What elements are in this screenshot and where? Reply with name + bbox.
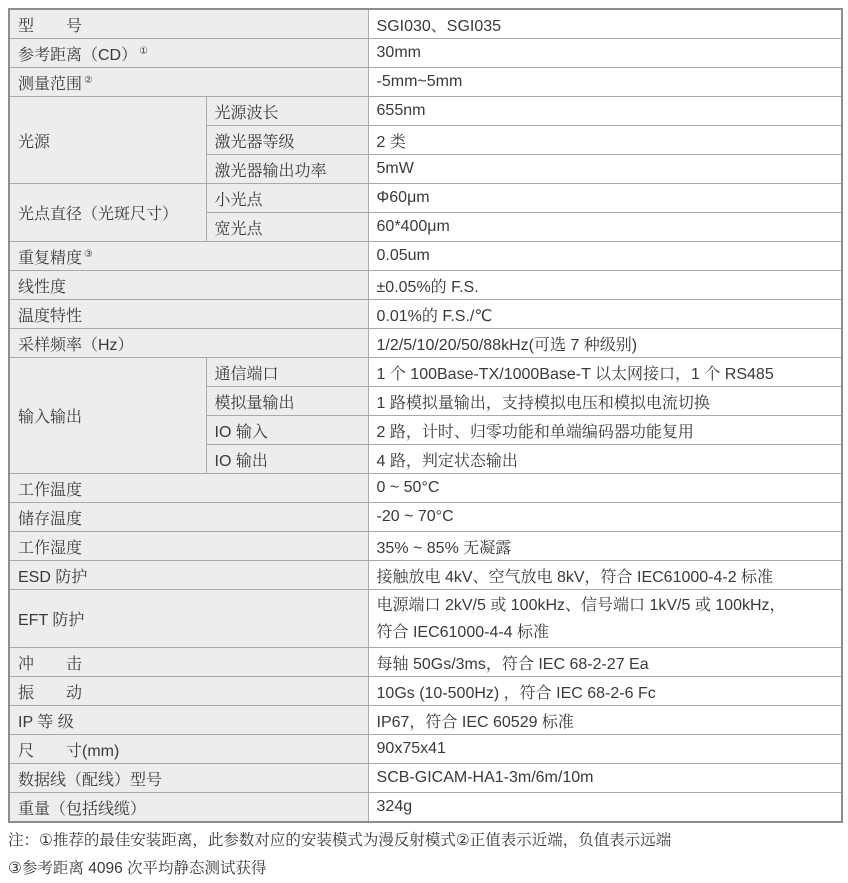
- spec-row: 数据线（配线）型号SCB-GICAM-HA1-3m/6m/10m: [9, 764, 842, 793]
- spec-label-text: 数据线（配线）型号: [18, 772, 162, 789]
- spec-label-text: 测量范围: [18, 76, 82, 93]
- spec-sublabel: 激光器等级: [206, 126, 368, 155]
- spec-value: 324g: [368, 793, 842, 823]
- spec-value: 0.05um: [368, 242, 842, 271]
- spec-label-cell: 冲 击: [9, 648, 368, 677]
- spec-label-cell: 线性度: [9, 271, 368, 300]
- spec-label-cell: 参考距离（CD）①: [9, 39, 368, 68]
- spec-value: 655nm: [368, 97, 842, 126]
- spec-row: 输入输出通信端口1 个 100Base-TX/1000Base-T 以太网接口，…: [9, 358, 842, 387]
- spec-label-cell: 储存温度: [9, 503, 368, 532]
- spec-sublabel: 模拟量输出: [206, 387, 368, 416]
- spec-sublabel: IO 输入: [206, 416, 368, 445]
- spec-value: 接触放电 4kV、空气放电 8kV，符合 IEC61000-4-2 标准: [368, 561, 842, 590]
- spec-label-cell: 振 动: [9, 677, 368, 706]
- spec-row: 储存温度-20 ~ 70°C: [9, 503, 842, 532]
- spec-value-line: 符合 IEC61000-4-4 标准: [377, 619, 834, 646]
- spec-label-text: EFT 防护: [18, 612, 84, 629]
- spec-row: 采样频率（Hz）1/2/5/10/20/50/88kHz(可选 7 种级别): [9, 329, 842, 358]
- spec-value: 1 路模拟量输出，支持模拟电压和模拟电流切换: [368, 387, 842, 416]
- spec-value: Φ60μm: [368, 184, 842, 213]
- spec-row: 光点直径（光斑尺寸）小光点Φ60μm: [9, 184, 842, 213]
- spec-row: EFT 防护电源端口 2kV/5 或 100kHz、信号端口 1kV/5 或 1…: [9, 590, 842, 648]
- spec-group-label: 输入输出: [9, 358, 206, 474]
- spec-group-label: 光源: [9, 97, 206, 184]
- footnote-marker: ③: [84, 249, 93, 260]
- spec-row: ESD 防护接触放电 4kV、空气放电 8kV，符合 IEC61000-4-2 …: [9, 561, 842, 590]
- spec-value: 4 路，判定状态输出: [368, 445, 842, 474]
- spec-value: 1 个 100Base-TX/1000Base-T 以太网接口，1 个 RS48…: [368, 358, 842, 387]
- spec-value: 0.01%的 F.S./℃: [368, 300, 842, 329]
- spec-sublabel: 激光器输出功率: [206, 155, 368, 184]
- spec-row: 型 号SGI030、SGI035: [9, 9, 842, 39]
- spec-row: 工作温度0 ~ 50°C: [9, 474, 842, 503]
- spec-label-text: 冲 击: [18, 656, 82, 673]
- spec-value: SCB-GICAM-HA1-3m/6m/10m: [368, 764, 842, 793]
- spec-label-text: 工作湿度: [18, 540, 82, 557]
- spec-sublabel: 宽光点: [206, 213, 368, 242]
- spec-label-cell: 温度特性: [9, 300, 368, 329]
- spec-sublabel: IO 输出: [206, 445, 368, 474]
- spec-value: 1/2/5/10/20/50/88kHz(可选 7 种级别): [368, 329, 842, 358]
- spec-value: -5mm~5mm: [368, 68, 842, 97]
- spec-label-cell: 型 号: [9, 9, 368, 39]
- spec-row: IP 等 级IP67，符合 IEC 60529 标准: [9, 706, 842, 735]
- spec-sublabel: 光源波长: [206, 97, 368, 126]
- spec-label-text: ESD 防护: [18, 569, 87, 586]
- spec-value: 2 类: [368, 126, 842, 155]
- spec-label-text: 线性度: [18, 279, 66, 296]
- spec-label-cell: 尺 寸(mm): [9, 735, 368, 764]
- spec-value: 2 路，计时、归零功能和单端编码器功能复用: [368, 416, 842, 445]
- spec-value: 5mW: [368, 155, 842, 184]
- spec-value: 30mm: [368, 39, 842, 68]
- spec-label-text: 振 动: [18, 685, 82, 702]
- footnote-line: 注：①推荐的最佳安装距离，此参数对应的安装模式为漫反射模式②正值表示近端，负值表…: [8, 827, 841, 855]
- spec-value: 电源端口 2kV/5 或 100kHz、信号端口 1kV/5 或 100kHz，…: [368, 590, 842, 648]
- spec-value: ±0.05%的 F.S.: [368, 271, 842, 300]
- spec-value: 90x75x41: [368, 735, 842, 764]
- spec-label-text: 参考距离（CD）: [18, 47, 137, 64]
- spec-value: SGI030、SGI035: [368, 9, 842, 39]
- spec-group-label: 光点直径（光斑尺寸）: [9, 184, 206, 242]
- spec-value: -20 ~ 70°C: [368, 503, 842, 532]
- spec-value-line: 电源端口 2kV/5 或 100kHz、信号端口 1kV/5 或 100kHz，: [377, 592, 834, 619]
- spec-label-text: IP 等 级: [18, 714, 74, 731]
- footnote-marker: ①: [139, 46, 148, 57]
- spec-label-cell: 测量范围②: [9, 68, 368, 97]
- spec-label-cell: 重复精度③: [9, 242, 368, 271]
- spec-value: 35% ~ 85% 无凝露: [368, 532, 842, 561]
- spec-sublabel: 通信端口: [206, 358, 368, 387]
- spec-row: 振 动10Gs (10-500Hz) ，符合 IEC 68-2-6 Fc: [9, 677, 842, 706]
- spec-row: 参考距离（CD）①30mm: [9, 39, 842, 68]
- spec-label-text: 工作温度: [18, 482, 82, 499]
- spec-label-text: 储存温度: [18, 511, 82, 528]
- spec-label-text: 采样频率（Hz）: [18, 337, 134, 354]
- spec-label-text: 重复精度: [18, 250, 82, 267]
- spec-value: 0 ~ 50°C: [368, 474, 842, 503]
- spec-row: 线性度±0.05%的 F.S.: [9, 271, 842, 300]
- spec-row: 重量（包括线缆）324g: [9, 793, 842, 823]
- spec-label-text: 尺 寸(mm): [18, 743, 119, 760]
- spec-row: 温度特性0.01%的 F.S./℃: [9, 300, 842, 329]
- spec-label-cell: 工作湿度: [9, 532, 368, 561]
- spec-label-cell: 采样频率（Hz）: [9, 329, 368, 358]
- spec-label-cell: 重量（包括线缆）: [9, 793, 368, 823]
- footnote-line: ③参考距离 4096 次平均静态测试获得: [8, 855, 841, 883]
- spec-row: 光源光源波长655nm: [9, 97, 842, 126]
- spec-label-text: 型 号: [18, 18, 82, 35]
- spec-row: 测量范围②-5mm~5mm: [9, 68, 842, 97]
- spec-label-text: 温度特性: [18, 308, 82, 325]
- spec-label-cell: 数据线（配线）型号: [9, 764, 368, 793]
- spec-label-cell: EFT 防护: [9, 590, 368, 648]
- footnote-marker: ②: [84, 75, 93, 86]
- spec-label-cell: ESD 防护: [9, 561, 368, 590]
- spec-row: 工作湿度35% ~ 85% 无凝露: [9, 532, 842, 561]
- spec-value: IP67，符合 IEC 60529 标准: [368, 706, 842, 735]
- spec-value: 每轴 50Gs/3ms，符合 IEC 68-2-27 Ea: [368, 648, 842, 677]
- spec-sublabel: 小光点: [206, 184, 368, 213]
- spec-label-text: 重量（包括线缆）: [18, 801, 146, 818]
- spec-value: 10Gs (10-500Hz) ，符合 IEC 68-2-6 Fc: [368, 677, 842, 706]
- spec-row: 冲 击每轴 50Gs/3ms，符合 IEC 68-2-27 Ea: [9, 648, 842, 677]
- spec-label-cell: 工作温度: [9, 474, 368, 503]
- spec-label-cell: IP 等 级: [9, 706, 368, 735]
- spec-row: 尺 寸(mm)90x75x41: [9, 735, 842, 764]
- spec-row: 重复精度③0.05um: [9, 242, 842, 271]
- spec-sheet-page: 型 号SGI030、SGI035参考距离（CD）①30mm测量范围②-5mm~5…: [0, 0, 848, 875]
- spec-table: 型 号SGI030、SGI035参考距离（CD）①30mm测量范围②-5mm~5…: [8, 8, 843, 823]
- spec-value: 60*400μm: [368, 213, 842, 242]
